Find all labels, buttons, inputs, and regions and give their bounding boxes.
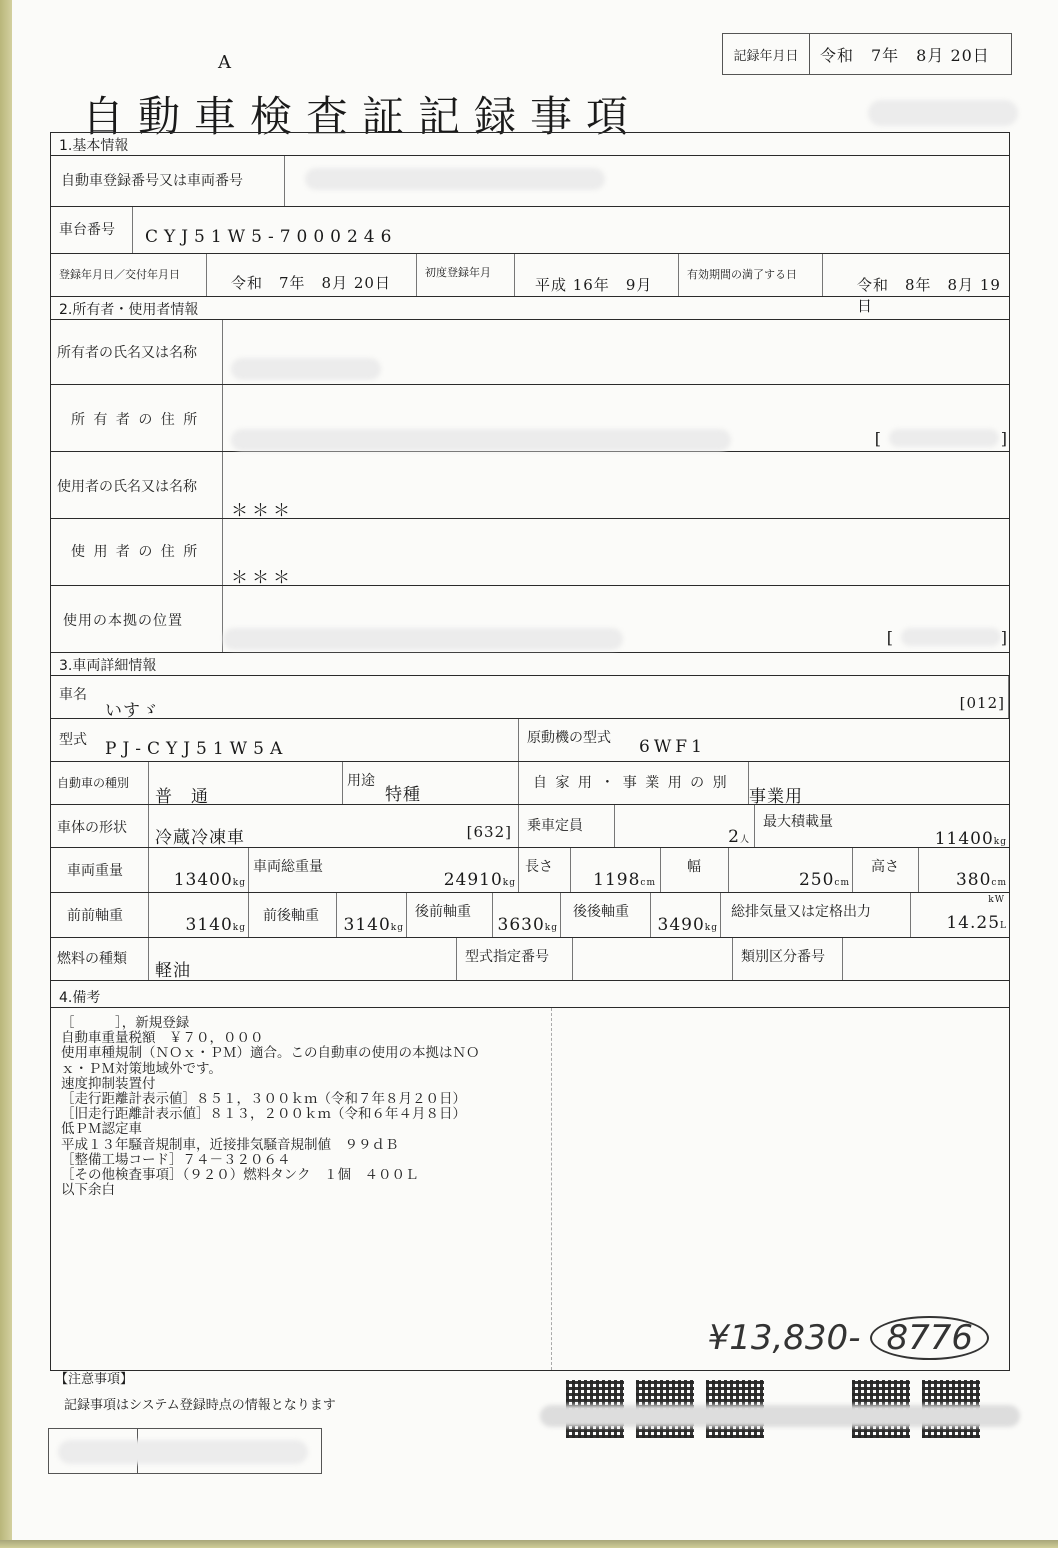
record-date-label: 記録年月日 (723, 34, 810, 74)
rr-axle-number: 3490 (658, 915, 705, 935)
reg-date-value: 令和 7年 8月 20日 (207, 254, 417, 296)
unit-kg: kg (233, 923, 246, 933)
unit-kg: kg (545, 923, 558, 933)
unit-cm: cm (640, 878, 656, 888)
rf-axle-number: 3630 (498, 915, 545, 935)
height-value: 380cm (919, 848, 1009, 892)
length-number: 1198 (593, 870, 640, 890)
user-name-row: 使用者の氏名又は名称 ＊＊＊ (51, 452, 1009, 519)
unit-cm: cm (834, 878, 850, 888)
remarks-area: ［ ］，新規登録自動車重量税額 ￥７０，０００使用車種規制（ＮＯｘ・ＰＭ）適合。… (51, 1008, 1009, 1370)
category-value (843, 938, 1009, 980)
section2-heading: 2.所有者・使用者情報 (51, 297, 206, 319)
displacement-value: kW 14.25L (911, 893, 1009, 937)
chassis-label: 車台番号 (51, 207, 133, 253)
type-designation-value (573, 938, 733, 980)
reg-number-value (285, 156, 1009, 206)
model-row: 型式 PJ-CYJ51W5A 原動機の型式 6WF1 (51, 719, 1009, 762)
first-reg-label: 初度登録年月 (417, 254, 515, 296)
chassis-value: CYJ51W5-7000246 (133, 207, 1009, 253)
redacted-area (231, 358, 381, 380)
base-location-label: 使用の本拠の位置 (51, 586, 223, 652)
remarks-line: ［ ］，新規登録 (61, 1016, 545, 1031)
max-load-value: 11400kg (855, 805, 1009, 847)
rf-axle-value: 3630kg (493, 893, 561, 937)
body-row: 車体の形状 冷蔵冷凍車 [632] 乗車定員 2人 最大積載量 11400kg (51, 805, 1009, 848)
gross-weight-value: 24910kg (341, 848, 519, 892)
private-business-label: 自 家 用 ・ 事 業 用 の 別 (519, 762, 749, 804)
length-value: 1198cm (571, 848, 661, 892)
handwritten-circled: 8776 (870, 1316, 989, 1360)
section3-header-row: 3.車両詳細情報 (51, 653, 1009, 676)
reg-number-label: 自動車登録番号又は車両番号 (51, 156, 285, 206)
ff-axle-label: 前前軸重 (51, 893, 149, 937)
record-table: 1.基本情報 自動車登録番号又は車両番号 車台番号 CYJ51W5-700024… (50, 132, 1010, 1371)
width-number: 250 (799, 870, 834, 890)
remarks-line: ［その他検査事項］（９２０）燃料タンク １個 ４００Ｌ (61, 1168, 545, 1183)
remarks-line: ［走行距離計表示値］８５１，３００ｋｍ（令和７年８月２０日） (61, 1092, 545, 1107)
weight-row: 車両重量 13400kg 車両総重量 24910kg 長さ 1198cm 幅 2… (51, 848, 1009, 893)
redacted-area (889, 429, 999, 447)
user-address-label: 使 用 者 の 住 所 (51, 519, 223, 585)
length-label: 長さ (519, 848, 571, 892)
redacted-area (223, 628, 623, 650)
car-name-row: 車名 いすゞ [012] (51, 676, 1009, 719)
fuel-value: 軽油 (149, 938, 457, 980)
capacity-number: 2 (728, 827, 740, 847)
capacity-unit: 人 (740, 835, 750, 845)
unit-cm: cm (991, 878, 1007, 888)
handwritten-amount: ¥13,830- (708, 1318, 861, 1358)
base-location-row: 使用の本拠の位置 [ ] (51, 586, 1009, 653)
type-row: 自動車の種別 普 通 用途 特種 自 家 用 ・ 事 業 用 の 別 事業用 (51, 762, 1009, 805)
unit-kg: kg (503, 878, 516, 888)
fr-axle-number: 3140 (344, 915, 391, 935)
fr-axle-value: 3140kg (337, 893, 407, 937)
width-value: 250cm (729, 848, 853, 892)
axle-row: 前前軸重 3140kg 前後軸重 3140kg 後前軸重 3630kg 後後軸重… (51, 893, 1009, 938)
section1-heading: 1.基本情報 (51, 133, 136, 155)
reg-number-row: 自動車登録番号又は車両番号 (51, 156, 1009, 207)
expiry-label: 有効期間の満了する日 (679, 254, 823, 296)
owner-address-value: [ ] (223, 385, 1009, 451)
bracket-close: ] (1001, 429, 1007, 448)
use-value: 特種 (385, 762, 519, 804)
car-name-code: [012] (960, 694, 1005, 712)
model-label: 型式 (51, 719, 101, 761)
gross-weight-label: 車両総重量 (249, 848, 341, 892)
unit-liter: L (1000, 921, 1007, 931)
background-edge (0, 1540, 1058, 1548)
user-name-label: 使用者の氏名又は名称 (51, 452, 223, 518)
engine-value: 6WF1 (639, 719, 1009, 761)
use-label: 用途 (343, 762, 385, 804)
owner-name-value (223, 320, 1009, 384)
type-label: 自動車の種別 (51, 762, 149, 804)
reg-date-label: 登録年月日／交付年月日 (51, 254, 207, 296)
remarks-right: ¥13,830-8776 (552, 1008, 1009, 1370)
user-address-row: 使 用 者 の 住 所 ＊＊＊ (51, 519, 1009, 586)
section2-header-row: 2.所有者・使用者情報 (51, 297, 1009, 320)
unit-kg: kg (233, 878, 246, 888)
section4-header-row: 4.備考 (51, 981, 1009, 1008)
remarks-line: ｘ・ＰＭ対策地域外です。 (61, 1062, 545, 1077)
remarks-text: ［ ］，新規登録自動車重量税額 ￥７０，０００使用車種規制（ＮＯｘ・ＰＭ）適合。… (51, 1008, 552, 1370)
model-value: PJ-CYJ51W5A (101, 719, 519, 761)
engine-label: 原動機の型式 (519, 719, 639, 761)
category-label: 類別区分番号 (733, 938, 843, 980)
fr-axle-label: 前後軸重 (249, 893, 337, 937)
body-label: 車体の形状 (51, 805, 149, 847)
body-value: 冷蔵冷凍車 [632] (149, 805, 519, 847)
section4-heading: 4.備考 (51, 981, 108, 1007)
user-address-value: ＊＊＊ (223, 519, 1009, 585)
fuel-label: 燃料の種類 (51, 938, 149, 980)
type-designation-label: 型式指定番号 (457, 938, 573, 980)
form-letter: A (218, 52, 231, 73)
height-number: 380 (956, 870, 991, 890)
remarks-line: 使用車種規制（ＮＯｘ・ＰＭ）適合。この自動車の使用の本拠はＮＯ (61, 1046, 545, 1061)
section1-header-row: 1.基本情報 (51, 133, 1009, 156)
remarks-line: 低ＰＭ認定車 (61, 1122, 545, 1137)
remarks-line: 平成１３年騒音規制車，近接排気騒音規制値 ９９ｄＢ (61, 1138, 545, 1153)
body-code: [632] (467, 823, 512, 841)
ff-axle-value: 3140kg (149, 893, 249, 937)
record-date-value: 令和 7年 8月 20日 (810, 34, 1011, 74)
redacted-area (58, 1440, 308, 1464)
car-name-value: いすゞ (101, 676, 1009, 718)
capacity-value: 2人 (615, 805, 755, 847)
displacement-label: 総排気量又は定格出力 (721, 893, 911, 937)
user-name-value: ＊＊＊ (223, 452, 1009, 518)
remarks-line: ［整備工場コード］７４－３２０６４ (61, 1153, 545, 1168)
fuel-row: 燃料の種類 軽油 型式指定番号 類別区分番号 (51, 938, 1009, 981)
unit-kg: kg (705, 923, 718, 933)
redacted-area (868, 100, 1018, 126)
bracket-open: [ (887, 628, 893, 647)
unit-kw: kW (988, 895, 1005, 905)
height-label: 高さ (853, 848, 919, 892)
expiry-value: 令和 8年 8月 19日 (823, 254, 1009, 296)
first-reg-value: 平成 16年 9月 (515, 254, 679, 296)
weight-value: 13400kg (149, 848, 249, 892)
rr-axle-label: 後後軸重 (561, 893, 651, 937)
body-type: 冷蔵冷凍車 (155, 828, 245, 848)
caution-heading: 【注意事項】 (55, 1368, 133, 1387)
owner-name-row: 所有者の氏名又は名称 (51, 320, 1009, 385)
bracket-close: ] (1001, 628, 1007, 647)
max-load-number: 11400 (935, 829, 994, 849)
owner-address-row: 所 有 者 の 住 所 [ ] (51, 385, 1009, 452)
width-label: 幅 (661, 848, 729, 892)
redacted-area (305, 168, 605, 190)
rr-axle-value: 3490kg (651, 893, 721, 937)
max-load-label: 最大積載量 (755, 805, 855, 847)
gross-weight-number: 24910 (444, 870, 503, 890)
remarks-line: 以下余白 (61, 1183, 545, 1198)
weight-label: 車両重量 (51, 848, 149, 892)
rf-axle-label: 後前軸重 (407, 893, 493, 937)
unit-kg: kg (391, 923, 404, 933)
section3-heading: 3.車両詳細情報 (51, 653, 164, 675)
private-business-value: 事業用 (749, 762, 1009, 804)
handwritten-note: ¥13,830-8776 (708, 1316, 989, 1360)
ff-axle-number: 3140 (186, 915, 233, 935)
dates-row: 登録年月日／交付年月日 令和 7年 8月 20日 初度登録年月 平成 16年 9… (51, 254, 1009, 297)
weight-number: 13400 (174, 870, 233, 890)
redacted-area (231, 429, 731, 451)
redacted-area (540, 1405, 1020, 1427)
owner-address-label: 所 有 者 の 住 所 (51, 385, 223, 451)
unit-kg: kg (994, 837, 1007, 847)
chassis-row: 車台番号 CYJ51W5-7000246 (51, 207, 1009, 254)
displacement-number: 14.25 (946, 913, 1000, 933)
caution-text: 記録事項はシステム登録時点の情報となります (64, 1394, 336, 1413)
base-location-value: [ ] (223, 586, 1009, 652)
record-date-box: 記録年月日 令和 7年 8月 20日 (722, 33, 1012, 75)
type-value: 普 通 (149, 762, 343, 804)
background-edge (0, 0, 12, 1548)
bracket-open: [ (875, 429, 881, 448)
capacity-label: 乗車定員 (519, 805, 615, 847)
remarks-line: 速度抑制装置付 (61, 1077, 545, 1092)
redacted-area (901, 628, 1001, 646)
owner-name-label: 所有者の氏名又は名称 (51, 320, 223, 384)
car-name-label: 車名 (51, 676, 101, 718)
